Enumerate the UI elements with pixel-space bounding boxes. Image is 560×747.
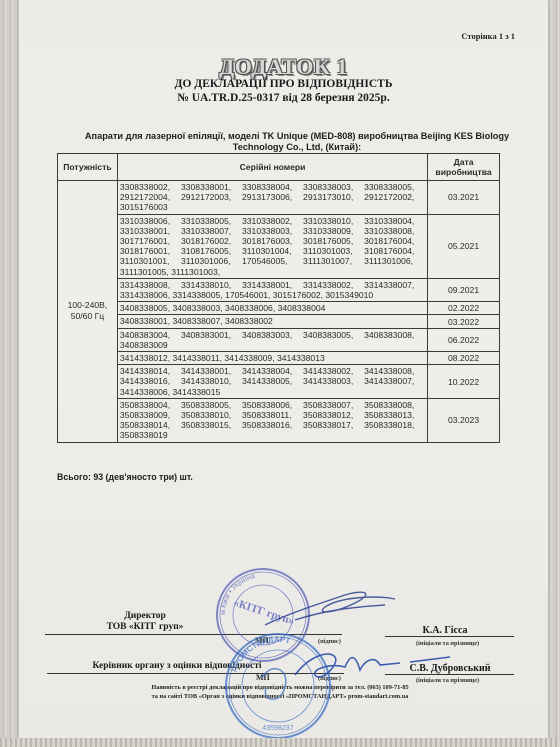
serial-number: 3110301006,: [181, 256, 242, 266]
serial-number: 3414338010,: [181, 376, 242, 386]
serial-number: 3310338006,: [120, 216, 181, 226]
serial-number: 3408383003,: [242, 330, 303, 340]
table-row: 3508338004,3508338005,3508338006,3508338…: [58, 398, 500, 442]
power-cell: 100-240В, 50/60 Гц: [58, 181, 118, 443]
serial-number: 3414338007,: [364, 376, 425, 386]
total-count: Всього: 93 (дев'яносто три) шт.: [57, 472, 193, 482]
production-date-cell: 02.2022: [428, 302, 500, 315]
serial-number: 170546005,: [242, 256, 303, 266]
serial-number: 3414338005,: [242, 376, 303, 386]
serial-number: 3408338001, 3408338007, 3408338002: [120, 316, 273, 326]
production-date-cell: 10.2022: [428, 365, 500, 399]
serial-number: 3308338002,: [120, 182, 181, 192]
serial-number: 3408383005,: [303, 330, 364, 340]
serial-numbers-cell: 3310338006,3310338005,3310338002,3310338…: [117, 214, 427, 278]
serial-number: 3018176005,: [303, 236, 364, 246]
serial-number: 3018176004,: [364, 236, 425, 246]
serial-number: 3414338001,: [181, 366, 242, 376]
serial-number: 3414338014,: [120, 366, 181, 376]
serial-number: 3408338005, 3408338003, 3408338006, 3408…: [120, 303, 326, 313]
serial-number: 3508338012,: [303, 410, 364, 420]
serial-number: 3508338014,: [120, 420, 181, 430]
serial-number: 3308338005,: [364, 182, 425, 192]
serial-number: 3310338005,: [181, 216, 242, 226]
serial-numbers-cell: 3408383004,3408383001,3408383003,3408383…: [117, 328, 427, 351]
serial-number: 3508338013,: [364, 410, 425, 420]
serial-number: 2912172003,: [181, 192, 242, 202]
serial-number: 3310338007,: [181, 226, 242, 236]
serial-number: 2913173010,: [303, 192, 364, 202]
serial-number: 3111301007,: [303, 256, 364, 266]
serial-number: 3314338010,: [181, 280, 242, 290]
production-date-cell: 03.2023: [428, 398, 500, 442]
director-title: Директор: [70, 611, 220, 621]
background-edge: [0, 738, 560, 747]
document-title: ДОДАТОК 1: [19, 54, 548, 80]
serial-number: 3314338006, 3314338005, 170546001, 30151…: [120, 290, 425, 300]
serial-number: 3508338006,: [242, 400, 303, 410]
table-row: 100-240В, 50/60 Гц3308338002,3308338001,…: [58, 181, 500, 215]
production-date-cell: 03.2021: [428, 181, 500, 215]
director-name-line: [385, 636, 514, 637]
serial-number: 3508338018,: [364, 420, 425, 430]
table-row: 3408338001, 3408338007, 340833800203.202…: [58, 315, 500, 328]
serial-number: 3408383008,: [364, 330, 425, 340]
serial-numbers-cell: 3414338014,3414338001,3414338004,3414338…: [117, 365, 427, 399]
serial-number: 3018176003,: [242, 236, 303, 246]
table-row: 3414338014,3414338001,3414338004,3414338…: [58, 365, 500, 399]
serial-number: 3508338016,: [242, 420, 303, 430]
serial-number: 3310338009,: [303, 226, 364, 236]
serial-number: 3310338003,: [242, 226, 303, 236]
director-signature-icon: [255, 585, 405, 635]
serial-number: 3308338001,: [181, 182, 242, 192]
serial-numbers-cell: 3314338008,3314338010,3314338001,3314338…: [117, 278, 427, 301]
serial-number: 3508338019: [120, 430, 181, 440]
serial-numbers-cell: 3308338002,3308338001,3308338004,3308338…: [117, 181, 427, 215]
serial-number: 3508338017,: [303, 420, 364, 430]
production-date-cell: 08.2022: [428, 352, 500, 365]
serial-number: 3508338005,: [181, 400, 242, 410]
document-subtitle: ДО ДЕКЛАРАЦІЇ ПРО ВІДПОВІДНІСТЬ: [19, 78, 548, 90]
production-date-cell: 06.2022: [428, 328, 500, 351]
serial-numbers-cell: 3414338012, 3414338011, 3414338009, 3414…: [117, 352, 427, 365]
serial-number: 3314338001,: [242, 280, 303, 290]
serial-number: 3414338003,: [303, 376, 364, 386]
production-date-cell: 03.2022: [428, 315, 500, 328]
header-serials: Серійні номери: [117, 154, 427, 181]
serial-number: 3110301001,: [120, 256, 181, 266]
serial-number: 3508338007,: [303, 400, 364, 410]
serial-number: 3408383001,: [181, 330, 242, 340]
serial-numbers-cell: 3408338001, 3408338007, 3408338002: [117, 315, 427, 328]
serial-number: 3308338004,: [242, 182, 303, 192]
serial-number: 3310338001,: [120, 226, 181, 236]
serial-number: 3308338003,: [303, 182, 364, 192]
svg-text:ПРОМСТАНДАРТ: ПРОМСТАНДАРТ: [230, 635, 292, 673]
serial-number: 3108176005,: [181, 246, 242, 256]
svg-text:43598237: 43598237: [262, 725, 293, 732]
serial-number: 3111301006,: [364, 256, 425, 266]
product-description: Апарати для лазерної епіляції, моделі TK…: [79, 131, 515, 153]
serial-number: 3108176004,: [364, 246, 425, 256]
serial-number: 3310338004,: [364, 216, 425, 226]
serial-number: 3508338004,: [120, 400, 181, 410]
serial-number: 3017176001,: [120, 236, 181, 246]
serial-numbers-table: Потужність Серійні номери Дата виробницт…: [57, 153, 500, 443]
header-power: Потужність: [58, 154, 118, 181]
serial-number: 3414338002,: [303, 366, 364, 376]
declaration-number: № UA.TR.D.25-0317 від 28 березня 2025р.: [19, 92, 548, 104]
page-number: Сторінка 1 з 1: [461, 31, 515, 41]
serial-number: 3015176003: [120, 202, 181, 212]
serial-number: 3314338002,: [303, 280, 364, 290]
serial-numbers-cell: 3508338004,3508338005,3508338006,3508338…: [117, 398, 427, 442]
serial-number: 3408383009: [120, 340, 181, 350]
serial-number: 3508338009,: [120, 410, 181, 420]
table-row: 3414338012, 3414338011, 3414338009, 3414…: [58, 352, 500, 365]
table-row: 3408338005, 3408338003, 3408338006, 3408…: [58, 302, 500, 315]
serial-number: 3111301005, 3111301003,: [120, 267, 425, 277]
table-row: 3310338006,3310338005,3310338002,3310338…: [58, 214, 500, 278]
serial-number: 3110301004,: [242, 246, 303, 256]
table-row: 3408383004,3408383001,3408383003,3408383…: [58, 328, 500, 351]
serial-number: 2912172004,: [120, 192, 181, 202]
serial-number: 3310338002,: [242, 216, 303, 226]
serial-number: 3310338008,: [364, 226, 425, 236]
serial-number: 2913173006,: [242, 192, 303, 202]
serial-number: 3018176002,: [181, 236, 242, 246]
serial-number: 3414338008,: [364, 366, 425, 376]
director-company: ТОВ «КІТГ груп»: [70, 622, 220, 632]
table-header-row: Потужність Серійні номери Дата виробницт…: [58, 154, 500, 181]
table-row: 3314338008,3314338010,3314338001,3314338…: [58, 278, 500, 301]
serial-number: 3508338010,: [181, 410, 242, 420]
serial-number: 3508338008,: [364, 400, 425, 410]
serial-number: 3314338007,: [364, 280, 425, 290]
production-date-cell: 09.2021: [428, 278, 500, 301]
serial-number: 3414338004,: [242, 366, 303, 376]
serial-number: 3018176001,: [120, 246, 181, 256]
serial-number: 3414338012, 3414338011, 3414338009, 3414…: [120, 353, 325, 363]
header-date: Дата виробництва: [428, 154, 500, 181]
head-signature-icon: [290, 645, 460, 690]
serial-number: 3408383004,: [120, 330, 181, 340]
serial-number: 3314338008,: [120, 280, 181, 290]
serial-number: 3414338006, 3414338015: [120, 387, 425, 397]
serial-number: 3414338016,: [120, 376, 181, 386]
serial-number: 2912172002,: [364, 192, 425, 202]
serial-number: 3508338011,: [242, 410, 303, 420]
serial-numbers-cell: 3408338005, 3408338003, 3408338006, 3408…: [117, 302, 427, 315]
serial-number: 3310338010,: [303, 216, 364, 226]
production-date-cell: 05.2021: [428, 214, 500, 278]
serial-number: 3110301003,: [303, 246, 364, 256]
serial-number: 3508338015,: [181, 420, 242, 430]
